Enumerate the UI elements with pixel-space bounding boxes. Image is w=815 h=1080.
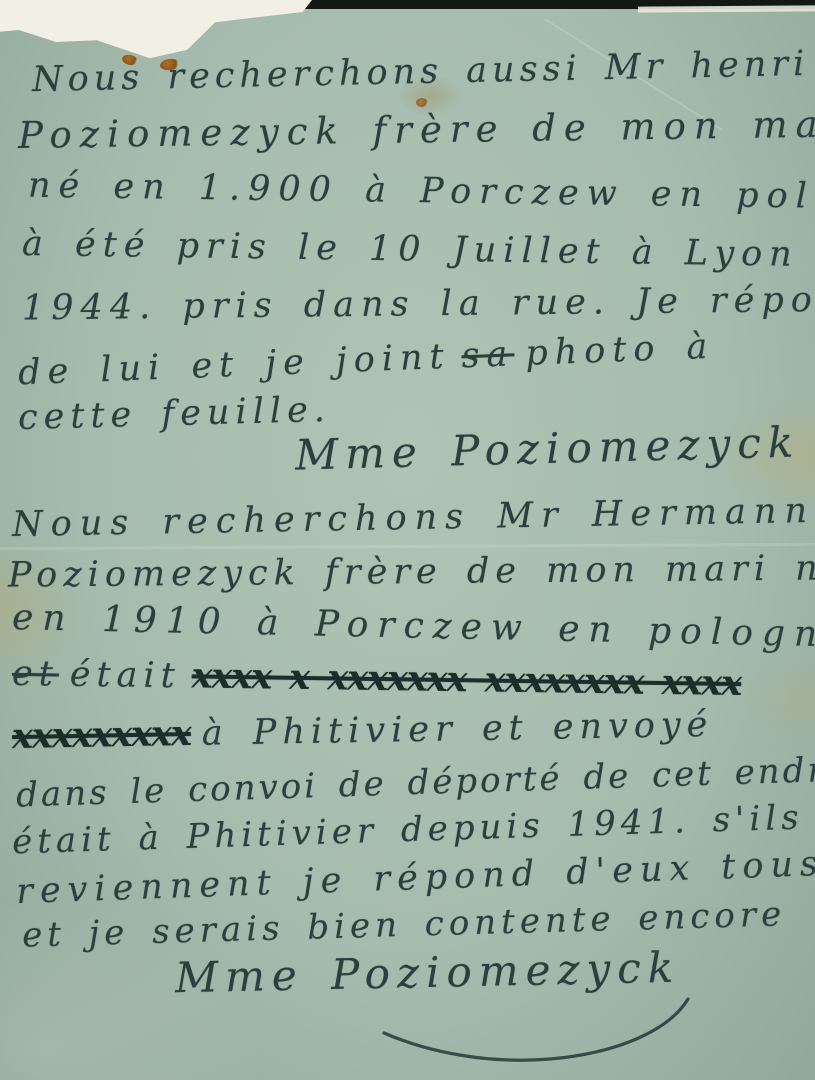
p1-line-5: 1944. pris dans la rue. Je répond [22, 280, 815, 329]
torn-corner [0, 0, 312, 60]
p1-line-7: cette feuille. [18, 390, 332, 438]
signature-2: Mme Poziomezyck [175, 943, 681, 1003]
p2-line-4-struck-word: et [12, 654, 59, 695]
signature-1: Mme Poziomezyck [294, 417, 800, 479]
p2-line-2: Poziomezyck frère de mon mari né [8, 548, 815, 595]
p1-line-6: de lui et je jointsaphoto à [17, 327, 715, 394]
p2-line-1: Nous recherchons Mr Hermann [12, 491, 815, 545]
p2-line-3: en 1910 à Porczew en pologne [12, 597, 815, 656]
p1-line-3: né en 1.900 à Porczew en pologne [28, 166, 815, 219]
signature-flourish [370, 995, 710, 1075]
p2-line-5-text: à Phitivier et envoyé [201, 705, 713, 754]
p1-line-6-text: de lui et je joint [17, 337, 451, 394]
p1-line-6-text: photo à [525, 327, 716, 374]
p1-line-4: à été pris le 10 Juillet à Lyon en [22, 224, 815, 276]
paper-edge-sliver [638, 5, 815, 12]
p2-line-5: xxxxxxxxxà Phitivier et envoyé [12, 704, 714, 757]
p1-line-2: Poziomezyck frère de mon mari [18, 102, 815, 157]
p2-line-4: etétaitxxxx x xxxxxxx xxxxxxxx xxxx [12, 653, 742, 704]
rust-stain [416, 98, 428, 107]
p1-line-6-struck-word: sa [461, 334, 515, 376]
p2-line-4-crossed-out-scribble: xxxx x xxxxxxx xxxxxxxx xxxx [191, 655, 741, 704]
p2-line-5-crossed-out-scribble: xxxxxxxxx [12, 713, 192, 757]
p2-line-4-text: était [70, 655, 181, 697]
letter-scan: Nous recherchons aussi Mr henri Poziomez… [0, 0, 815, 1080]
